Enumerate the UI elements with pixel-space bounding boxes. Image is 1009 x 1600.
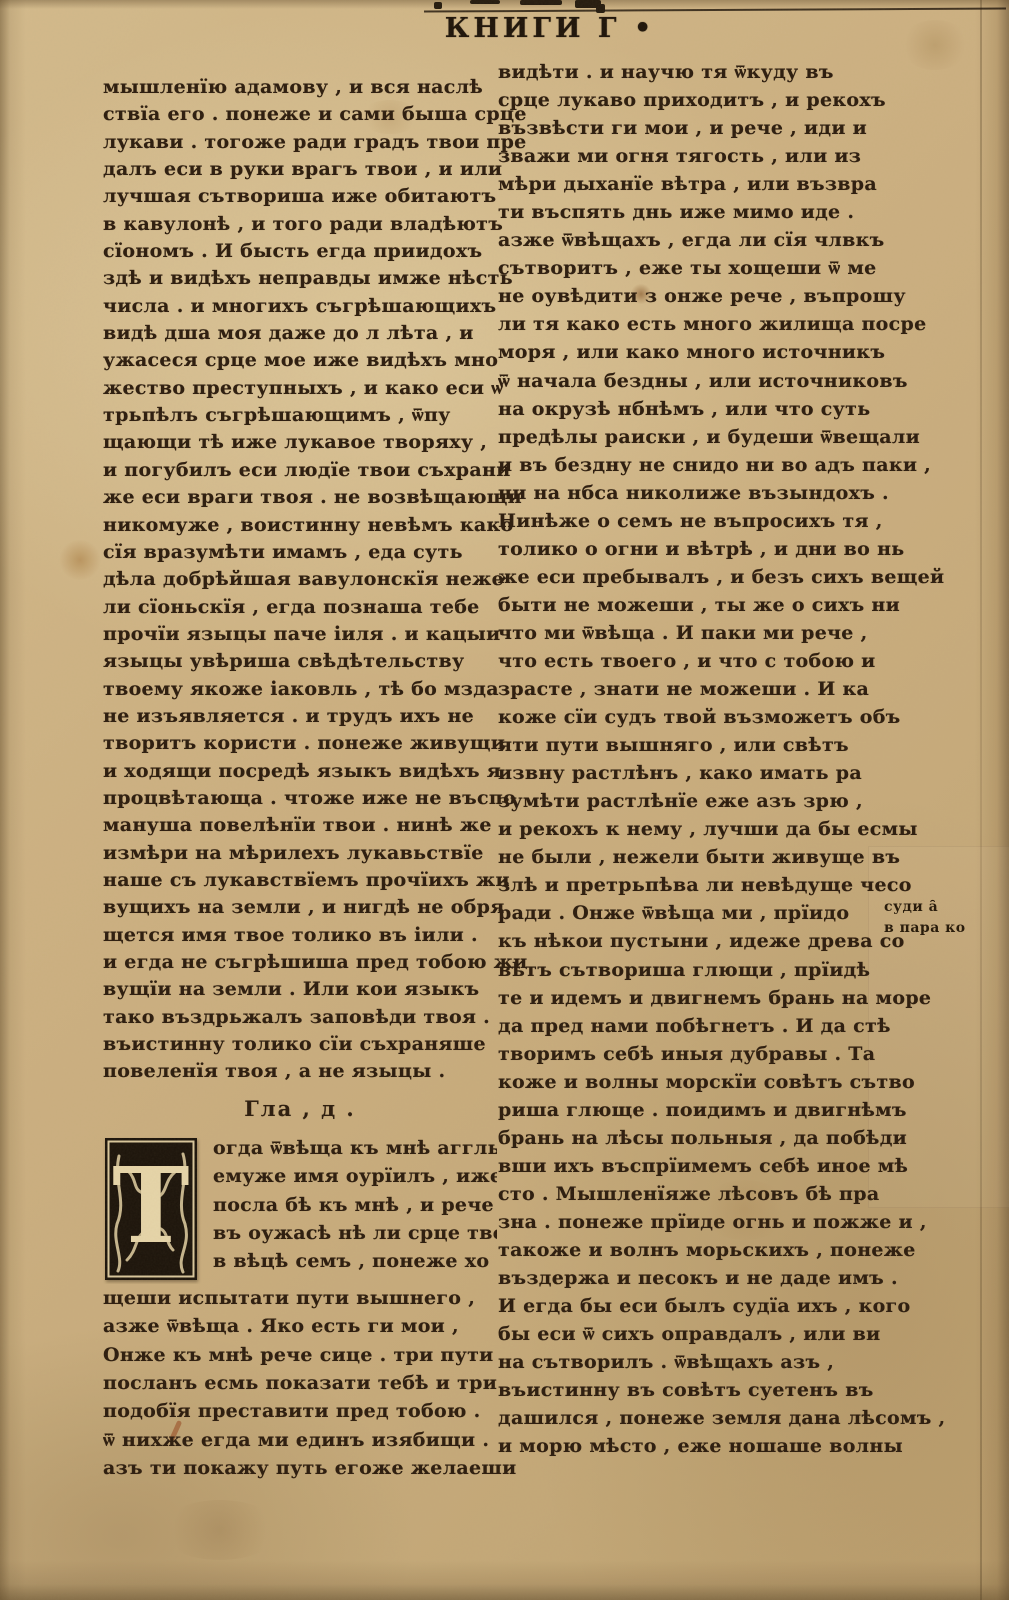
text-line: брань на лѣсы польныя , да побѣди — [498, 1124, 898, 1152]
text-line: процвѣтающа . чтоже иже не въспо — [103, 785, 497, 812]
text-line: коже и волны морскїи совѣтъ сътво — [498, 1068, 898, 1096]
text-line: възвѣсти ги мои , и рече , иди и — [498, 114, 898, 142]
text-line: ствїа его . понеже и сами быша срце — [103, 101, 497, 128]
text-line: щется имя твое толико въ іили . — [103, 922, 497, 949]
text-line: бы еси ѿ сихъ оправдалъ , или ви — [498, 1320, 898, 1348]
scanned-book-page: { "page": { "running_title": "КНИГИ Г •"… — [0, 0, 1009, 1600]
text-line: быти не можеши , ты же о сихъ ни — [498, 591, 898, 619]
text-line: толико о огни и вѣтрѣ , и дни во нь — [498, 535, 898, 563]
text-line: яти пути вышняго , или свѣтъ — [498, 731, 898, 759]
chapter-opening-block: Т огда ѿвѣща къ мнѣ аггльемуже имя оурїи… — [103, 1134, 497, 1284]
text-line: злѣ и претрьпѣва ли невѣдуще чесо — [498, 871, 898, 899]
text-line: не оувѣдити з онже рече , въпрошу — [498, 282, 898, 310]
text-line: ти въспять днь иже мимо иде . — [498, 198, 898, 226]
text-line: Онже къ мнѣ рече сице . три пути — [103, 1341, 497, 1369]
text-line: предѣлы раиски , и будеши ѿвещали — [498, 423, 898, 451]
text-line: къ нѣкои пустыни , идеже древа со — [498, 927, 898, 955]
text-line: сто . Мышленїяже лѣсовъ бѣ пра — [498, 1180, 898, 1208]
text-line: срце лукаво приходитъ , и рекохъ — [498, 86, 898, 114]
text-line: вущихъ на земли , и нигдѣ не обря — [103, 894, 497, 921]
text-line: моря , или како много источникъ — [498, 338, 898, 366]
text-line: трьпѣлъ съгрѣшающимъ , ѿпу — [103, 402, 497, 429]
text-line: такоже и волнъ морьскихъ , понеже — [498, 1236, 898, 1264]
text-line: мѣри дыханїе вѣтра , или възвра — [498, 170, 898, 198]
text-line: вши ихъ въспрїимемъ себѣ иное мѣ — [498, 1152, 898, 1180]
text-line: вѣтъ сътвориша глющи , прїидѣ — [498, 956, 898, 984]
text-line: творимъ себѣ иныя дубравы . Та — [498, 1040, 898, 1068]
text-line: зважи ми огня тягость , или из — [498, 142, 898, 170]
text-line: что есть твоего , и что с тобою и — [498, 647, 898, 675]
text-line: мануша повелѣнїи твои . нинѣ же — [103, 812, 497, 839]
text-line: зумѣти растлѣнїе еже азъ зрю , — [498, 787, 898, 815]
text-line: И егда бы еси былъ судїа ихъ , кого — [498, 1292, 898, 1320]
text-line: те и идемъ и двигнемъ брань на море — [498, 984, 898, 1012]
text-line: числа . и многихъ съгрѣшающихъ — [103, 293, 497, 320]
text-line: посланъ есмь показати тебѣ и три — [103, 1369, 497, 1397]
text-line: риша глюще . поидимъ и двигнѣмъ — [498, 1096, 898, 1124]
chapter-heading: Гла , д . — [103, 1094, 497, 1124]
text-line: ли сїоньскїя , егда познаша тебе — [103, 594, 497, 621]
text-line: на сътворилъ . ѿвѣщахъ азъ , — [498, 1348, 898, 1376]
left-column-lines: мышленїю адамову , и вся наслѣствїа его … — [103, 74, 497, 1086]
text-line: ужасеся срце мое иже видѣхъ мно — [103, 347, 497, 374]
text-line: никомуже , воистинну невѣмъ како — [103, 512, 497, 539]
trimmed-glyph-fragment — [470, 0, 500, 4]
text-line: твоему якоже іаковль , тѣ бо мзда — [103, 676, 497, 703]
text-line: щающи тѣ иже лукавое творяху , — [103, 429, 497, 456]
margin-note-line: в пара ко — [884, 918, 1004, 939]
right-column-lines: видѣти . и научю тя ѿкуду въсрце лукаво … — [498, 58, 898, 1460]
text-line: на окрузѣ нбнѣмъ , или что суть — [498, 395, 898, 423]
text-line: же еси пребывалъ , и безъ сихъ вещей — [498, 563, 898, 591]
text-line: мышленїю адамову , и вся наслѣ — [103, 74, 497, 101]
text-line: извну растлѣнъ , како имать ра — [498, 759, 898, 787]
text-line: и морю мѣсто , еже ношаше волны — [498, 1432, 898, 1460]
text-line: и погубилъ еси людїе твои съхрани — [103, 457, 497, 484]
text-line: въистинну толико сїи съхраняше — [103, 1031, 497, 1058]
text-line: жество преступныхъ , и како еси ѡ — [103, 375, 497, 402]
woodcut-initial-letter: Т — [105, 1138, 197, 1280]
text-line: повеленїя твоя , а не языцы . — [103, 1058, 497, 1085]
text-line: измѣри на мѣрилехъ лукавьствїе — [103, 840, 497, 867]
text-line: языцы увѣриша свѣдѣтельству — [103, 648, 497, 675]
text-line: азъ ти покажу путь егоже желаеши — [103, 1454, 497, 1482]
text-line: и ходящи посредѣ языкъ видѣхъ я — [103, 758, 497, 785]
text-line: и въ бездну не снидо ни во адъ паки , — [498, 451, 898, 479]
text-line: и егда не съгрѣшиша пред тобою жи — [103, 949, 497, 976]
text-line: ѿ нихже егда ми единъ изябищи . — [103, 1426, 497, 1454]
text-line: прочїи языцы паче іиля . и кацыи — [103, 621, 497, 648]
text-line: щеши испытати пути вышнего , — [103, 1284, 497, 1312]
text-line: ѿ начала бездны , или источниковъ — [498, 367, 898, 395]
text-line: вущїи на земли . Или кои языкъ — [103, 976, 497, 1003]
trimmed-glyph-fragment — [596, 4, 605, 13]
text-line: не изъявляется . и трудъ ихъ не — [103, 703, 497, 730]
text-line: сътворитъ , еже ты хощеши ѿ ме — [498, 254, 898, 282]
left-text-column: мышленїю адамову , и вся наслѣствїа его … — [103, 74, 497, 1482]
right-text-column: видѣти . и научю тя ѿкуду въсрце лукаво … — [498, 58, 898, 1460]
text-line: же еси враги твоя . не возвѣщающи — [103, 484, 497, 511]
page-edge-crease — [980, 0, 982, 1600]
text-line: Нинѣже о семъ не въпросихъ тя , — [498, 507, 898, 535]
text-line: въистинну въ совѣтъ суетенъ въ — [498, 1376, 898, 1404]
text-line: творитъ користи . понеже живущи — [103, 730, 497, 757]
text-line: лукави . тогоже ради градъ твои пре — [103, 129, 497, 156]
trimmed-glyph-fragment — [520, 0, 562, 5]
text-line: видѣти . и научю тя ѿкуду въ — [498, 58, 898, 86]
text-line: и рекохъ к нему , лучши да бы есмы — [498, 815, 898, 843]
text-line: не были , нежели быти живуще въ — [498, 843, 898, 871]
left-column-tail-lines: щеши испытати пути вышнего ,азже ѿвѣща .… — [103, 1284, 497, 1483]
text-line: далъ еси в руки врагъ твои , и или — [103, 156, 497, 183]
margin-note: суди а̑ в пара ко — [884, 897, 1004, 939]
text-line: здѣ и видѣхъ неправды имже нѣсть — [103, 265, 497, 292]
text-line: подобїя преставити пред тобою . — [103, 1397, 497, 1425]
text-line: наше съ лукавствїемъ прочїихъ жи — [103, 867, 497, 894]
running-title: КНИГИ Г • — [420, 13, 680, 44]
text-line: что ми ѿвѣща . И паки ми рече , — [498, 619, 898, 647]
text-line: дѣла добрѣйшая вавулонскїя неже — [103, 566, 497, 593]
text-line: коже сїи судъ твой възможетъ объ — [498, 703, 898, 731]
text-line: сїономъ . И бысть егда приидохъ — [103, 238, 497, 265]
text-line: зрасте , знати не можеши . И ка — [498, 675, 898, 703]
trimmed-glyph-fragment — [434, 2, 442, 9]
text-line: дашился , понеже земля дана лѣсомъ , — [498, 1404, 898, 1432]
text-line: ли тя како есть много жилища посре — [498, 310, 898, 338]
text-line: да пред нами побѣгнетъ . И да стѣ — [498, 1012, 898, 1040]
text-line: лучшая сътвориша иже обитаютъ — [103, 183, 497, 210]
text-line: въздержа и песокъ и не даде имъ . — [498, 1264, 898, 1292]
svg-text:Т: Т — [112, 1144, 190, 1267]
text-line: в кавулонѣ , и того ради владѣютъ — [103, 211, 497, 238]
text-line: видѣ дша моя даже до л лѣта , и — [103, 320, 497, 347]
text-line: сїя вразумѣти имамъ , еда суть — [103, 539, 497, 566]
text-line: тако въздрьжалъ заповѣди твоя . — [103, 1004, 497, 1031]
margin-note-line: суди а̑ — [884, 897, 1004, 918]
text-line: ради . Онже ѿвѣща ми , прїидо — [498, 899, 898, 927]
text-line: азже ѿвѣщахъ , егда ли сїя члвкъ — [498, 226, 898, 254]
text-line: азже ѿвѣща . Яко есть ги мои , — [103, 1312, 497, 1340]
text-line: зна . понеже прїиде огнь и пожже и , — [498, 1208, 898, 1236]
text-line: ни на нбса николиже възындохъ . — [498, 479, 898, 507]
